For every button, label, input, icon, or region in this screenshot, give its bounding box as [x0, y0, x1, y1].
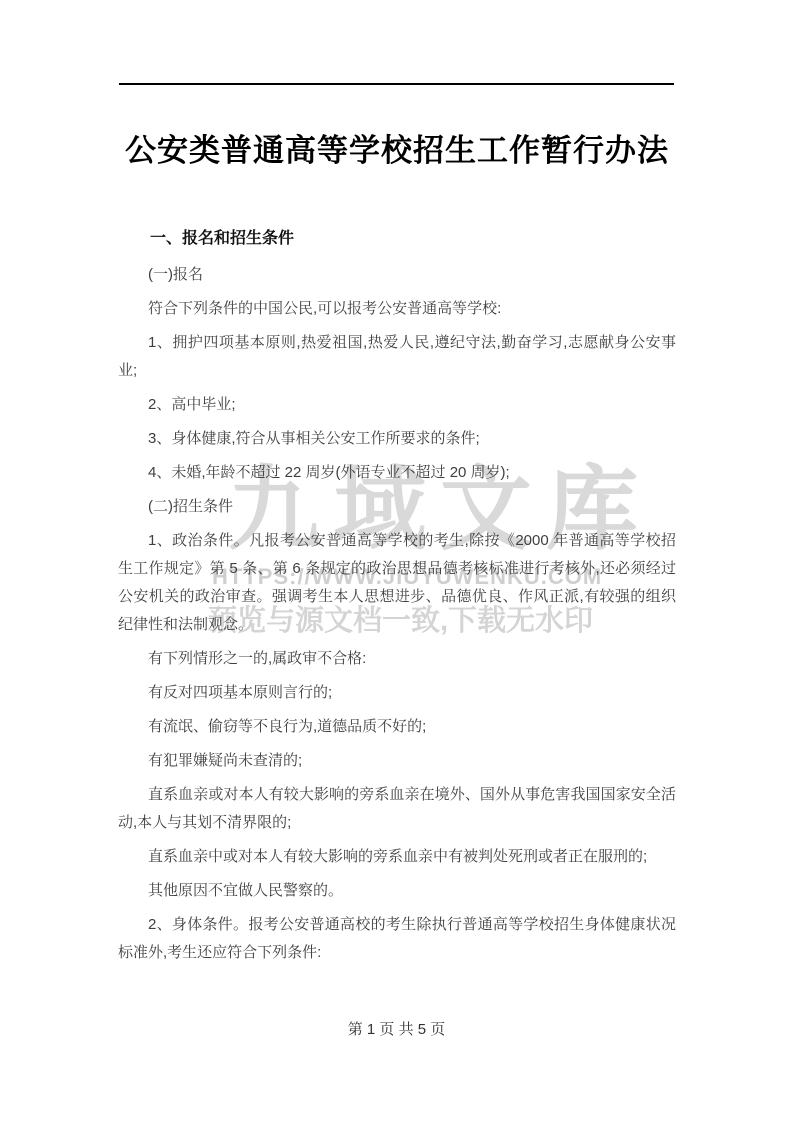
paragraph-disqualify-6: 其他原因不宜做人民警察的。	[118, 877, 676, 905]
document-page: 九域文库 HTTPS://WWW.JIUYUWENKU.COM 预览与源文档一致…	[0, 0, 793, 1122]
paragraph-item-3: 3、身体健康,符合从事相关公安工作所要求的条件;	[118, 425, 676, 453]
section-heading: 一、报名和招生条件	[118, 225, 676, 253]
paragraph-disqualify-3: 有犯罪嫌疑尚未查清的;	[118, 747, 676, 775]
paragraph-item-4: 4、未婚,年龄不超过 22 周岁(外语专业不超过 20 周岁);	[118, 459, 676, 487]
paragraph-intro: 符合下列条件的中国公民,可以报考公安普通高等学校:	[118, 295, 676, 323]
paragraph-subsection-1: (一)报名	[118, 261, 676, 289]
paragraph-political-conditions: 1、政治条件。凡报考公安普通高等学校的考生,除按《2000 年普通高等学校招生工…	[118, 527, 676, 639]
paragraph-subsection-2: (二)招生条件	[118, 493, 676, 521]
page-number-footer: 第 1 页 共 5 页	[0, 1018, 793, 1039]
paragraph-disqualify-4: 直系血亲或对本人有较大影响的旁系血亲在境外、国外从事危害我国国家安全活动,本人与…	[118, 781, 676, 837]
header-rule	[119, 83, 674, 85]
paragraph-physical-conditions: 2、身体条件。报考公安普通高校的考生除执行普通高等学校招生身体健康状况标准外,考…	[118, 911, 676, 967]
document-title: 公安类普通高等学校招生工作暂行办法	[118, 131, 676, 171]
paragraph-disqualify-5: 直系血亲中或对本人有较大影响的旁系血亲中有被判处死刑或者正在服刑的;	[118, 843, 676, 871]
document-content: 公安类普通高等学校招生工作暂行办法 一、报名和招生条件 (一)报名 符合下列条件…	[118, 83, 676, 967]
paragraph-item-2: 2、高中毕业;	[118, 391, 676, 419]
paragraph-disqualify-2: 有流氓、偷窃等不良行为,道德品质不好的;	[118, 713, 676, 741]
paragraph-item-1: 1、拥护四项基本原则,热爱祖国,热爱人民,遵纪守法,勤奋学习,志愿献身公安事业;	[118, 329, 676, 385]
paragraph-disqualify-1: 有反对四项基本原则言行的;	[118, 679, 676, 707]
paragraph-disqualify-intro: 有下列情形之一的,属政审不合格:	[118, 645, 676, 673]
